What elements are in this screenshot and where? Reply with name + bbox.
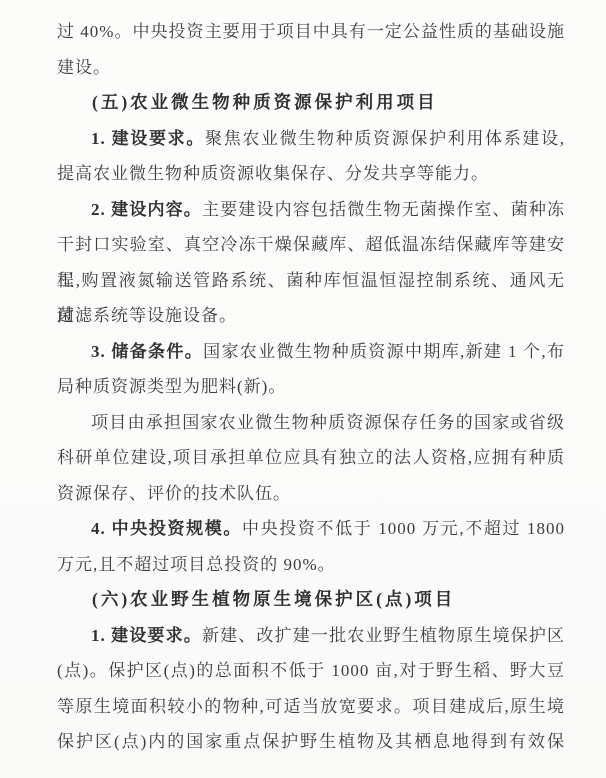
text-run: 国家农业微生物种质资源中期库,新建 1 个,布 (203, 342, 565, 361)
text-run: 聚焦农业微生物种质资源保护利用体系建设, (205, 129, 565, 148)
text-run-bold: 3. 储备条件。 (91, 342, 203, 361)
text-line: 建设。 (57, 50, 565, 86)
text-line: 保护区(点)内的国家重点保护野生植物及其栖息地得到有效保 (57, 724, 565, 760)
section-heading-6: (六)农业野生植物原生境保护区(点)项目 (57, 582, 565, 618)
heading-text: (五)农业微生物种质资源保护利用项目 (92, 92, 438, 112)
text-run: 科研单位建设,项目承担单位应具有独立的法人资格,应拥有种质 (57, 448, 565, 467)
text-run: 过滤系统等设施设备。 (57, 306, 237, 325)
text-run: 新建、改扩建一批农业野生植物原生境保护区 (202, 626, 565, 645)
text-run: (点)。保护区(点)的总面积不低于 1000 亩,对于野生稻、野大豆 (57, 661, 565, 680)
text-run: 提高农业微生物种质资源收集保存、分发共享等能力。 (57, 164, 489, 183)
text-line: 资源保存、评价的技术队伍。 (57, 476, 565, 512)
text-run: 中央投资不低于 1000 万元,不超过 1800 (242, 519, 565, 538)
text-line: 2. 建设内容。主要建设内容包括微生物无菌操作室、菌种冻 (57, 192, 565, 228)
section-heading-5: (五)农业微生物种质资源保护利用项目 (57, 85, 565, 121)
text-run: 等原生境面积较小的物种,可适当放宽要求。项目建成后,原生境 (57, 697, 565, 716)
document-page: 过 40%。中央投资主要用于项目中具有一定公益性质的基础设施 建设。 (五)农业… (0, 0, 606, 778)
text-run-bold: 4. 中央投资规模。 (91, 519, 242, 538)
text-line: (点)。保护区(点)的总面积不低于 1000 亩,对于野生稻、野大豆 (57, 653, 565, 689)
text-line: 等原生境面积较小的物种,可适当放宽要求。项目建成后,原生境 (57, 689, 565, 725)
text-line: 提高农业微生物种质资源收集保存、分发共享等能力。 (57, 156, 565, 192)
text-run-bold: 1. 建设要求。 (91, 626, 202, 645)
text-line: 程,购置液氮输送管路系统、菌种库恒温恒湿控制系统、通风无菌 (57, 263, 565, 299)
text-line: 过滤系统等设施设备。 (57, 298, 565, 334)
text-run: 万元,且不超过项目总投资的 90%。 (57, 555, 336, 574)
text-run-bold: 2. 建设内容。 (91, 200, 202, 219)
text-line: 干封口实验室、真空冷冻干燥保藏库、超低温冻结保藏库等建安工 (57, 227, 565, 263)
text-line: 科研单位建设,项目承担单位应具有独立的法人资格,应拥有种质 (57, 440, 565, 476)
text-line: 3. 储备条件。国家农业微生物种质资源中期库,新建 1 个,布 (57, 334, 565, 370)
text-run: 保护区(点)内的国家重点保护野生植物及其栖息地得到有效保 (57, 732, 565, 751)
text-run: 主要建设内容包括微生物无菌操作室、菌种冻 (202, 200, 565, 219)
text-run: 过 40%。中央投资主要用于项目中具有一定公益性质的基础设施 (57, 22, 565, 41)
text-line: 万元,且不超过项目总投资的 90%。 (57, 547, 565, 583)
text-line: 过 40%。中央投资主要用于项目中具有一定公益性质的基础设施 (57, 14, 565, 50)
text-line: 局种质资源类型为肥料(新)。 (57, 369, 565, 405)
text-run: 项目由承担国家农业微生物种质资源保存任务的国家或省级 (91, 413, 565, 432)
text-run: 局种质资源类型为肥料(新)。 (57, 377, 286, 396)
heading-text: (六)农业野生植物原生境保护区(点)项目 (92, 589, 455, 609)
text-run: 建设。 (57, 58, 111, 77)
text-run-bold: 1. 建设要求。 (91, 129, 205, 148)
text-run: 资源保存、评价的技术队伍。 (57, 484, 291, 503)
text-line: 1. 建设要求。新建、改扩建一批农业野生植物原生境保护区 (57, 618, 565, 654)
text-line: 项目由承担国家农业微生物种质资源保存任务的国家或省级 (57, 405, 565, 441)
text-line: 4. 中央投资规模。中央投资不低于 1000 万元,不超过 1800 (57, 511, 565, 547)
text-line: 1. 建设要求。聚焦农业微生物种质资源保护利用体系建设, (57, 121, 565, 157)
